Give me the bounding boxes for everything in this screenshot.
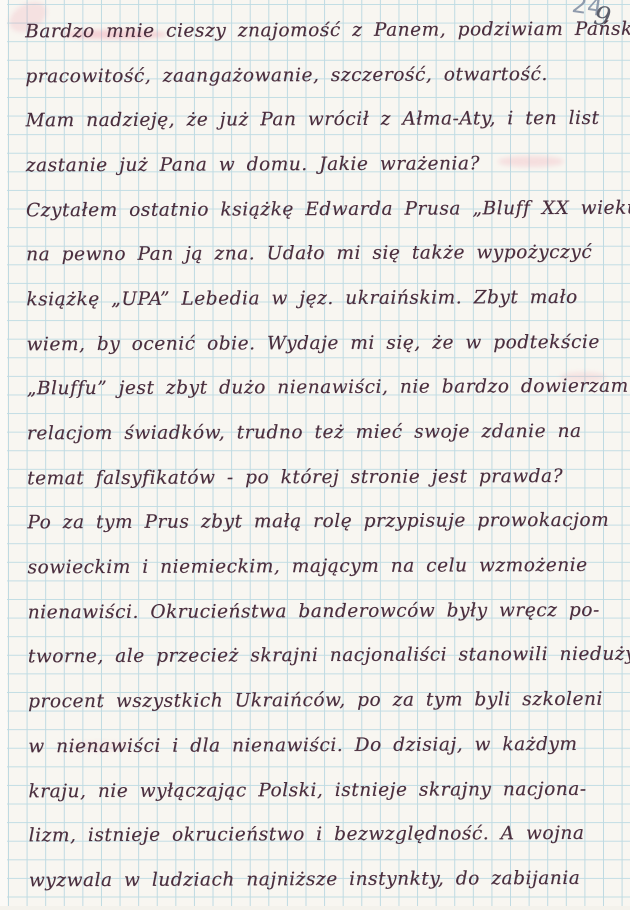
handwritten-line: zastanie już Pana w domu. Jakie wrażenia… xyxy=(26,141,619,188)
handwritten-line: wyzwala w ludziach najniższe instynkty, … xyxy=(29,856,622,903)
handwritten-line: wiem, by ocenić obie. Wydaje mi się, że … xyxy=(26,320,619,367)
letter-body: Bardzo mnie cieszy znajomość z Panem, po… xyxy=(25,7,622,903)
handwritten-line: „Bluffu” jest zbyt dużo nienawiści, nie … xyxy=(27,364,620,411)
handwritten-line: lizm, istnieje okrucieństwo i bezwzględn… xyxy=(29,811,622,858)
handwritten-line: na pewno Pan ją zna. Udało mi się także … xyxy=(26,230,619,277)
scan-margin-left xyxy=(0,0,7,910)
handwritten-line: tworne, ale przecież skrajni nacjonaliśc… xyxy=(28,632,621,679)
handwritten-line: Bardzo mnie cieszy znajomość z Panem, po… xyxy=(25,7,618,54)
scan-margin-bottom xyxy=(0,906,630,910)
handwritten-line: w nienawiści i dla nienawiści. Do dzisia… xyxy=(28,722,621,769)
handwritten-line: pracowitość, zaangażowanie, szczerość, o… xyxy=(25,51,618,98)
handwritten-line: Mam nadzieję, że już Pan wrócił z Ałma-A… xyxy=(25,96,618,143)
handwritten-line: temat falsyfikatów - po której stronie j… xyxy=(27,454,620,501)
handwritten-line: książkę „UPA” Lebedia w jęz. ukraińskim.… xyxy=(26,275,619,322)
handwritten-letter-page: 24 9 Bardzo mnie cieszy znajomość z Pane… xyxy=(0,0,630,910)
handwritten-line: procent wszystkich Ukraińców, po za tym … xyxy=(28,677,621,724)
handwritten-line: kraju, nie wyłączając Polski, istnieje s… xyxy=(28,766,621,813)
handwritten-line: Czytałem ostatnio książkę Edwarda Prusa … xyxy=(26,185,619,232)
handwritten-line: sowieckim i niemieckim, mającym na celu … xyxy=(27,543,620,590)
handwritten-line: Po za tym Prus zbyt małą rolę przypisuje… xyxy=(27,498,620,545)
handwritten-line: relacjom świadków, trudno też mieć swoje… xyxy=(27,409,620,456)
handwritten-line: nienawiści. Okrucieństwa banderowców był… xyxy=(28,588,621,635)
